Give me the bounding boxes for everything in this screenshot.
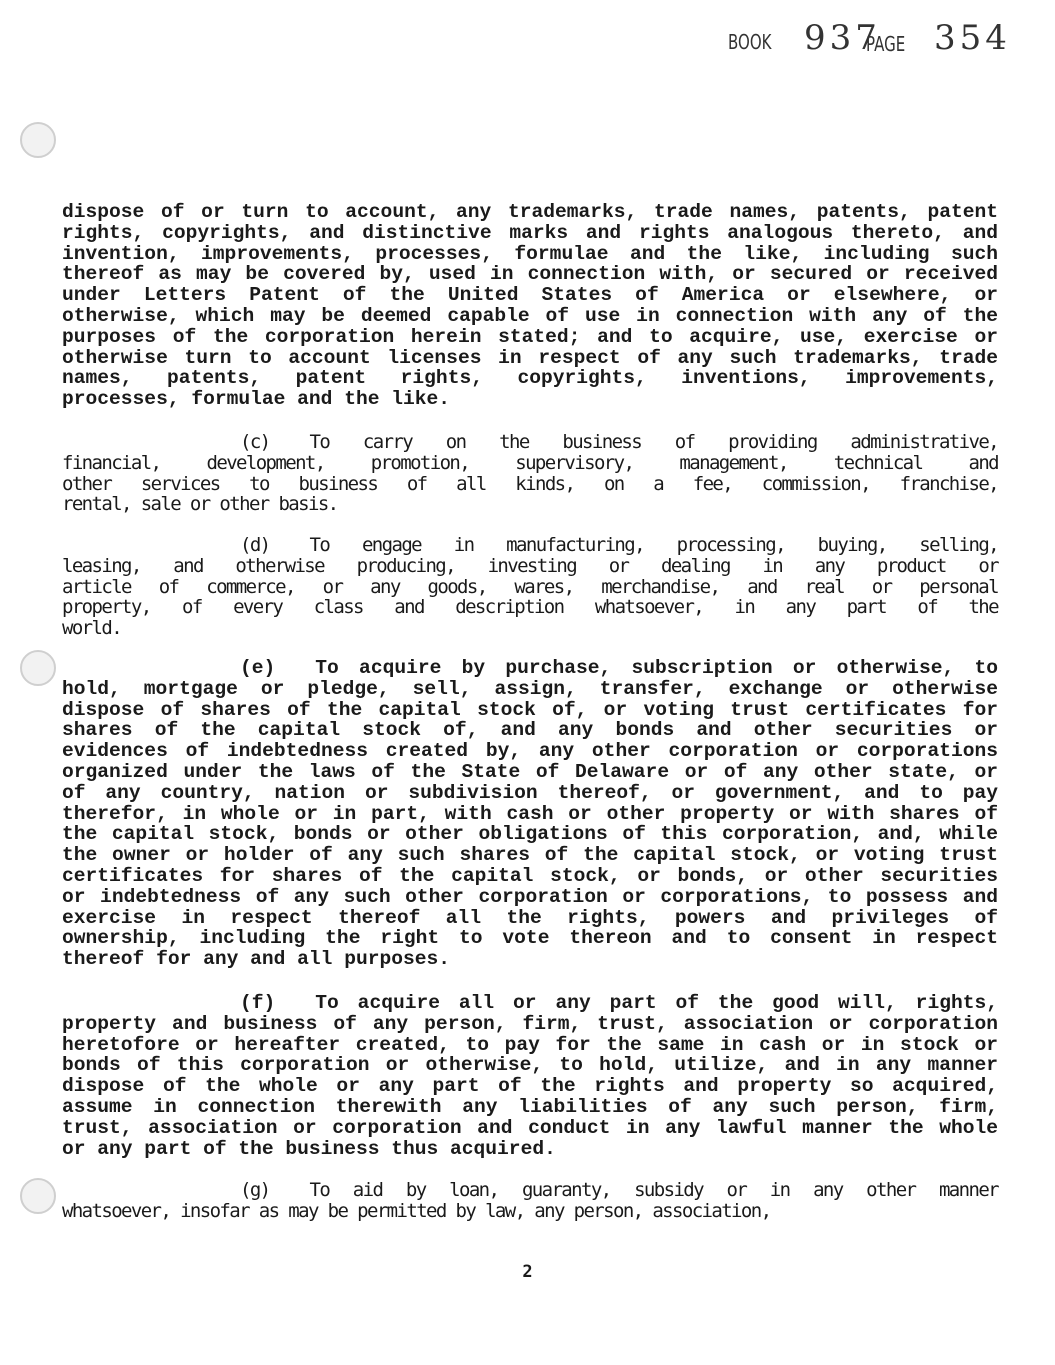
paragraph-line: property and business of any person, fir… (62, 1014, 998, 1035)
paragraph-line: of any country, nation or subdivision th… (62, 783, 998, 804)
paragraph-line: other services to business of all kinds,… (62, 474, 998, 495)
paragraph-line: or indebtedness of any such other corpor… (62, 887, 998, 908)
paragraph-line: dispose of the whole or any part of the … (62, 1076, 998, 1097)
paragraph-line: dispose of shares of the capital stock o… (62, 700, 998, 721)
paragraph-line: the capital stock, bonds or other obliga… (62, 824, 998, 845)
paragraph-line: organized under the laws of the State of… (62, 762, 998, 783)
paragraph-marker: (e) (240, 657, 275, 679)
paragraph-line: thereof for any and all purposes. (62, 949, 998, 970)
paragraph-line: otherwise, which may be deemed capable o… (62, 306, 998, 327)
punch-hole-icon (20, 650, 56, 686)
paragraph-c: (c)To carry on the business of providing… (62, 432, 998, 515)
paragraph-continuation: dispose of or turn to account, any trade… (62, 202, 998, 410)
paragraph-line: rental, sale or other basis. (62, 494, 998, 515)
paragraph-line: (c)To carry on the business of providing… (62, 432, 998, 453)
paragraph-line: under Letters Patent of the United State… (62, 285, 998, 306)
paragraph-line: whatsoever, insofar as may be permitted … (62, 1201, 998, 1222)
paragraph-line: assume in connection therewith any liabi… (62, 1097, 998, 1118)
paragraph-line: exercise in respect thereof all the righ… (62, 908, 998, 929)
paragraph-line: processes, formulae and the like. (62, 389, 998, 410)
paragraph-marker: (c) (240, 431, 270, 453)
paragraph-line: invention, improvements, processes, form… (62, 244, 998, 265)
book-label: BOOK (728, 30, 771, 54)
paragraph-d: (d)To engage in manufacturing, processin… (62, 535, 998, 639)
paragraph-line: hold, mortgage or pledge, sell, assign, … (62, 679, 998, 700)
paragraph-line: names, patents, patent rights, copyright… (62, 368, 998, 389)
paragraph-line: article of commerce, or any goods, wares… (62, 577, 998, 598)
paragraph-line: heretofore or hereafter created, to pay … (62, 1035, 998, 1056)
paragraph-line: world. (62, 618, 998, 639)
paragraph-line: therefor, in whole or in part, with cash… (62, 804, 998, 825)
paragraph-line: (e)To acquire by purchase, subscription … (62, 658, 998, 679)
page-footer-number: 2 (0, 1262, 1055, 1282)
paragraph-line: property, of every class and description… (62, 597, 998, 618)
paragraph-line: shares of the capital stock of, and any … (62, 720, 998, 741)
paragraph-line: thereof as may be covered by, used in co… (62, 264, 998, 285)
paragraph-line: leasing, and otherwise producing, invest… (62, 556, 998, 577)
paragraph-marker: (g) (240, 1179, 270, 1201)
paragraph-line: or any part of the business thus acquire… (62, 1139, 998, 1160)
paragraph-line: financial, development, promotion, super… (62, 453, 998, 474)
punch-hole-icon (20, 1178, 56, 1214)
paragraph-line: the owner or holder of any such shares o… (62, 845, 998, 866)
paragraph-marker: (d) (240, 534, 270, 556)
paragraph-line: bonds of this corporation or otherwise, … (62, 1055, 998, 1076)
paragraph-line: evidences of indebtedness created by, an… (62, 741, 998, 762)
paragraph-line: trust, association or corporation and co… (62, 1118, 998, 1139)
paragraph-line: certificates for shares of the capital s… (62, 866, 998, 887)
paragraph-line: (g)To aid by loan, guaranty, subsidy or … (62, 1180, 998, 1201)
page-label: PAGE (866, 32, 905, 56)
paragraph-f: (f)To acquire all or any part of the goo… (62, 993, 998, 1159)
paragraph-line: dispose of or turn to account, any trade… (62, 202, 998, 223)
page-number-stamp: 354 (934, 18, 1011, 58)
paragraph-marker: (f) (240, 992, 275, 1014)
paragraph-line: rights, copyrights, and distinctive mark… (62, 223, 998, 244)
paragraph-e: (e)To acquire by purchase, subscription … (62, 658, 998, 970)
paragraph-g: (g)To aid by loan, guaranty, subsidy or … (62, 1180, 998, 1222)
paragraph-line: (d)To engage in manufacturing, processin… (62, 535, 998, 556)
paragraph-line: purposes of the corporation herein state… (62, 327, 998, 348)
paragraph-line: ownership, including the right to vote t… (62, 928, 998, 949)
paragraph-line: otherwise turn to account licenses in re… (62, 348, 998, 369)
paragraph-line: (f)To acquire all or any part of the goo… (62, 993, 998, 1014)
punch-hole-icon (20, 122, 56, 158)
